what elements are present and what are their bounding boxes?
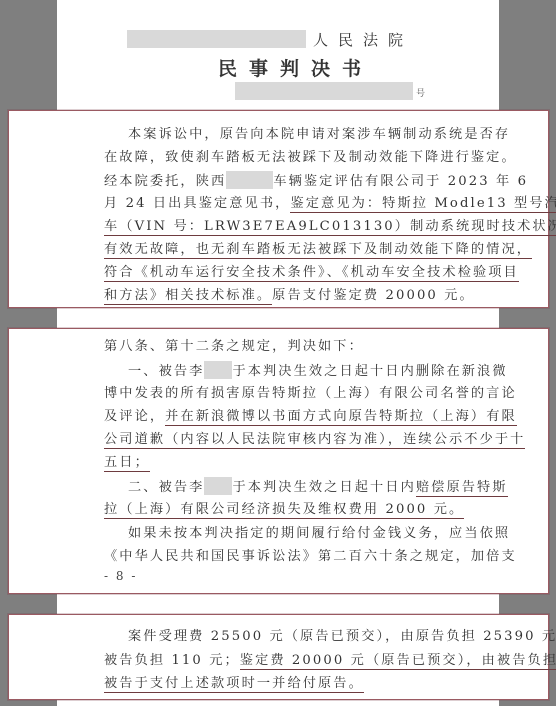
page-number: - 8 -: [104, 569, 137, 583]
text-line: 有效无故障，也无刹车踏板无法被踩下及制动效能下降的情况，: [104, 240, 454, 260]
redacted-company-name: [226, 171, 273, 189]
redacted-defendant-name: [204, 477, 232, 495]
text-line: 《中华人民共和国民事诉讼法》第二百六十条之规定，加倍支: [104, 547, 454, 567]
text-line: 公司道歉（内容以人民法院审核内容为准），连续公示不少于十: [104, 430, 454, 450]
underlined-text: 拉（上海）有限公司经济损失及维权费用 2000 元。: [104, 502, 464, 519]
text-segment: 车辆鉴定评估有限公司于 2023 年 6: [273, 174, 528, 189]
underlined-text: 车（VIN 号：LRW3E7EA9LC013130）制动系统现时技术状况正常: [104, 219, 556, 236]
underlined-text: 并在新浪微博以书面方式向原告特斯拉（上海）有限: [165, 409, 517, 426]
text-line: 案件受理费 25500 元（原告已预交），由原告负担 25390 元，: [128, 627, 454, 647]
text-line: 月 24 日出具鉴定意见书，鉴定意见为：特斯拉 Modle13 型号汽: [104, 194, 454, 214]
case-number-suffix: 号: [416, 86, 425, 99]
underlined-text: 鉴定费 20000 元（原告已预交），由被告负担，: [240, 653, 556, 670]
text-segment: 及评论，: [104, 409, 165, 424]
text-line: 二、被告李于本判决生效之日起十日内赔偿原告特斯: [128, 477, 454, 497]
highlight-box-fees: 案件受理费 25500 元（原告已预交），由原告负担 25390 元， 被告负担…: [8, 614, 549, 700]
text-line: 五日；: [104, 453, 454, 473]
text-segment: 于本判决生效之日起十日内删除在新浪微: [232, 364, 507, 379]
court-name-suffix: 人民法院: [313, 29, 413, 50]
underlined-text: 五日；: [104, 455, 150, 472]
text-line: 本案诉讼中，原告向本院申请对案涉车辆制动系统是否存: [128, 125, 454, 145]
underlined-text: 被告于支付上述款项时一并给付原告。: [104, 676, 364, 693]
underlined-text: 有效无故障，也无刹车踏板无法被踩下及制动效能下降的情况，: [104, 242, 532, 259]
text-line: 被告于支付上述款项时一并给付原告。: [104, 674, 454, 694]
text-line: 经本院委托，陕西车辆鉴定评估有限公司于 2023 年 6: [104, 171, 454, 191]
text-line: 符合《机动车运行安全技术条件》、《机动车安全技术检验项目: [104, 263, 454, 283]
text-line: 及评论，并在新浪微博以书面方式向原告特斯拉（上海）有限: [104, 407, 454, 427]
underlined-text: 符合《机动车运行安全技术条件》、《机动车安全技术检验项目: [104, 265, 519, 282]
text-segment: 原告支付鉴定费 20000 元。: [272, 288, 475, 303]
underlined-text: 和方法》相关技术标准。: [104, 288, 272, 305]
text-line: 拉（上海）有限公司经济损失及维权费用 2000 元。: [104, 500, 454, 520]
underlined-text: 赔偿原告特斯: [416, 480, 508, 497]
text-segment: 被告负担 110 元；: [104, 653, 240, 668]
highlight-box-judgment: 第八条、第十二条之规定，判决如下： 一、被告李于本判决生效之日起十日内删除在新浪…: [8, 328, 549, 594]
text-line: 第八条、第十二条之规定，判决如下：: [104, 337, 454, 357]
text-line: 被告负担 110 元；鉴定费 20000 元（原告已预交），由被告负担，: [104, 651, 454, 671]
text-line: 和方法》相关技术标准。原告支付鉴定费 20000 元。: [104, 286, 454, 306]
text-line: 博中发表的所有损害原告特斯拉（上海）有限公司名誉的言论: [104, 384, 454, 404]
text-segment: 月 24 日出具鉴定意见书，: [104, 196, 290, 211]
underlined-text: 公司道歉（内容以人民法院审核内容为准），连续公示不少于十: [104, 432, 525, 449]
text-segment: 一、被告李: [128, 364, 204, 379]
text-line: 在故障，致使刹车踏板无法被踩下及制动效能下降进行鉴定。: [104, 148, 454, 168]
highlight-box-appraisal: 本案诉讼中，原告向本院申请对案涉车辆制动系统是否存 在故障，致使刹车踏板无法被踩…: [8, 110, 549, 308]
document-title: 民事判决书: [218, 54, 373, 81]
redacted-defendant-name: [204, 361, 232, 379]
redacted-court-name: [127, 30, 306, 48]
text-segment: 经本院委托，陕西: [104, 174, 226, 189]
redacted-case-number: [235, 82, 413, 100]
text-line: 车（VIN 号：LRW3E7EA9LC013130）制动系统现时技术状况正常: [104, 217, 454, 237]
text-line: 如果未按本判决指定的期间履行给付金钱义务，应当依照: [128, 524, 454, 544]
text-line: 一、被告李于本判决生效之日起十日内删除在新浪微: [128, 361, 454, 381]
text-segment: 于本判决生效之日起十日内: [232, 480, 415, 495]
underlined-text: 鉴定意见为：特斯拉 Modle13 型号汽: [290, 196, 556, 213]
text-segment: 二、被告李: [128, 480, 204, 495]
